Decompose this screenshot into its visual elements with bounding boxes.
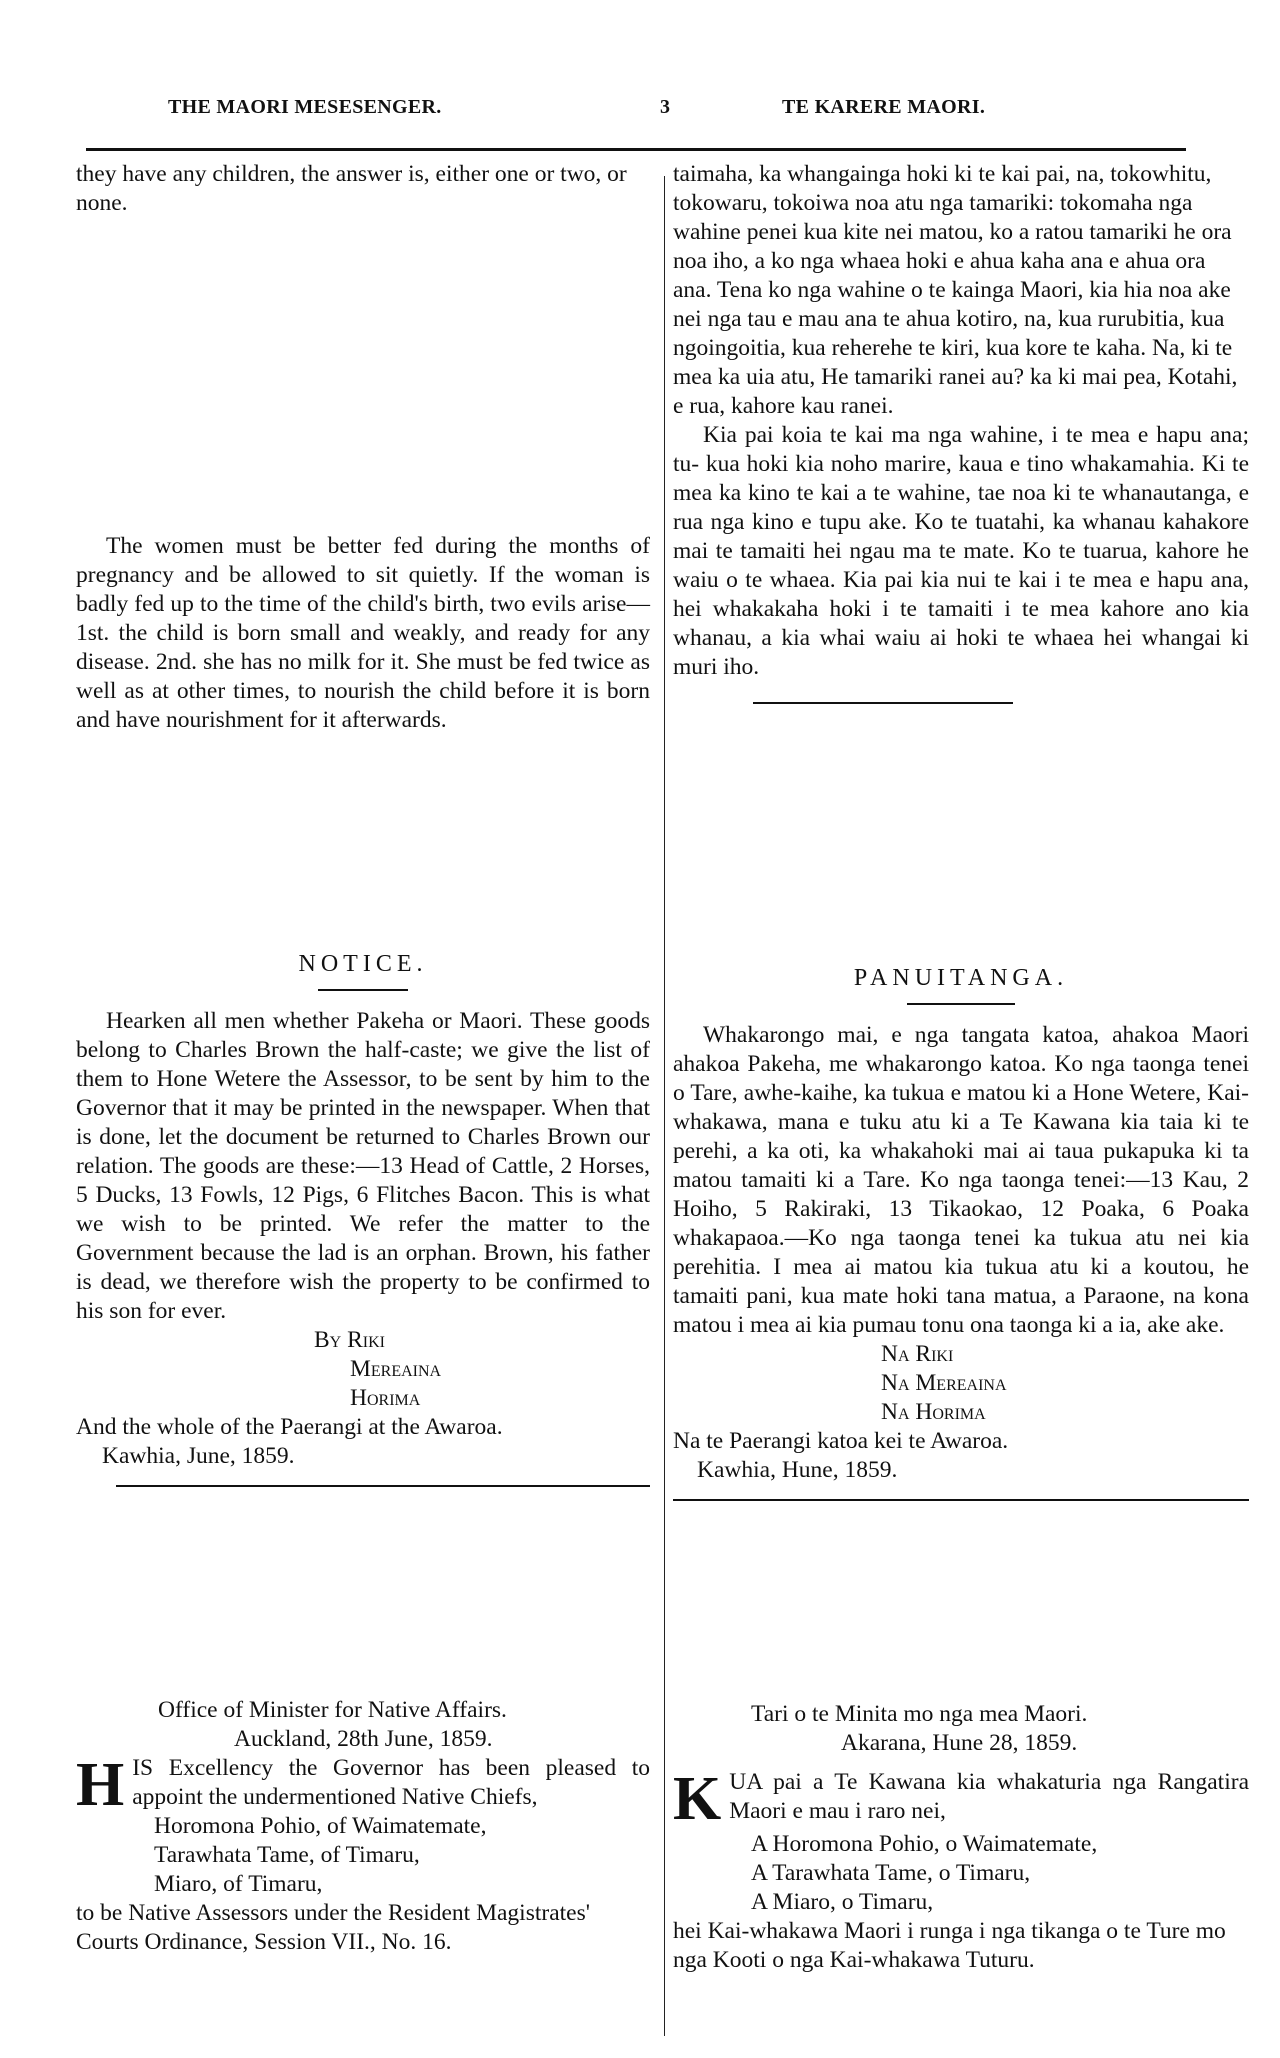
section-rule (753, 702, 1013, 704)
english-notice-section: NOTICE. Hearken all men whether Pakeha o… (76, 950, 650, 1487)
gazette-appointees: Horomona Pohio, of Waimatemate, Tarawhat… (76, 1812, 650, 1899)
page-header: THE MAORI MESESENGER. 3 TE KARERE MAORI. (0, 96, 1280, 136)
signatory: By Riki (314, 1326, 650, 1355)
english-nutrition-paragraph: The women must be better fed during the … (76, 532, 650, 735)
signatory: Mereaina (314, 1355, 650, 1384)
appointee: A Miaro, o Timaru, (751, 1888, 1249, 1917)
notice-closing: And the whole of the Paerangi at the Awa… (76, 1413, 650, 1442)
notice-body: Hearken all men whether Pakeha or Maori.… (76, 1007, 650, 1326)
gazette-appointees: A Horomona Pohio, o Waimatemate, A Taraw… (673, 1826, 1249, 1917)
english-column: they have any children, the answer is, e… (76, 160, 650, 218)
panuitanga-place-date: Kawhia, Hune, 1859. (673, 1456, 1249, 1485)
gazette-opening: KUA pai a Te Kawana kia whakaturia nga R… (673, 1768, 1249, 1826)
maori-column: taimaha, ka whangainga hoki ki te kai pa… (673, 160, 1249, 704)
appointee: A Tarawhata Tame, o Timaru, (751, 1859, 1249, 1888)
maori-nutrition-paragraph: Kia pai koia te kai ma nga wahine, i te … (673, 421, 1249, 682)
panuitanga-closing: Na te Paerangi katoa kei te Awaroa. (673, 1427, 1249, 1456)
gazette-place-date: Auckland, 28th June, 1859. (76, 1725, 650, 1754)
appointee: A Horomona Pohio, o Waimatemate, (751, 1830, 1249, 1859)
english-masthead: THE MAORI MESESENGER. (168, 96, 442, 119)
panuitanga-body: Whakarongo mai, e nga tangata katoa, aha… (673, 1021, 1249, 1340)
signatory: Na Mereaina (881, 1369, 1249, 1398)
maori-intro-paragraph: taimaha, ka whangainga hoki ki te kai pa… (673, 160, 1249, 421)
dropcap: H (76, 1758, 124, 1812)
notice-place-date: Kawhia, June, 1859. (76, 1442, 650, 1471)
english-intro-paragraph: they have any children, the answer is, e… (76, 160, 650, 218)
gazette-office: Tari o te Minita mo nga mea Maori. (673, 1700, 1249, 1729)
maori-masthead: TE KARERE MAORI. (782, 96, 985, 119)
panuitanga-signatories: Na Riki Na Mereaina Na Horima (673, 1340, 1249, 1427)
notice-signatories: By Riki Mereaina Horima (76, 1326, 650, 1413)
page-number: 3 (660, 96, 670, 119)
appointee: Tarawhata Tame, of Timaru, (154, 1841, 650, 1870)
signatory: Horima (314, 1384, 650, 1413)
signatory: Na Horima (881, 1398, 1249, 1427)
maori-gazette-section: Tari o te Minita mo nga mea Maori. Akara… (673, 1700, 1249, 1975)
notice-heading: NOTICE. (76, 950, 650, 979)
section-rule (673, 1499, 1249, 1501)
gazette-place-date: Akarana, Hune 28, 1859. (673, 1729, 1249, 1758)
notice-heading-rule (318, 989, 408, 991)
column-divider (664, 176, 665, 2036)
appointee: Horomona Pohio, of Waimatemate, (154, 1812, 650, 1841)
gazette-opening: HIS Excellency the Governor has been ple… (76, 1754, 650, 1812)
gazette-closing: to be Native Assessors under the Residen… (76, 1899, 650, 1957)
dropcap: K (673, 1772, 721, 1826)
gazette-office: Office of Minister for Native Affairs. (76, 1696, 650, 1725)
appointee: Miaro, of Timaru, (154, 1870, 650, 1899)
gazette-closing: hei Kai-whakawa Maori i runga i nga tika… (673, 1917, 1249, 1975)
english-gazette-section: Office of Minister for Native Affairs. A… (76, 1696, 650, 1957)
section-rule (116, 1485, 650, 1487)
signatory: Na Riki (881, 1340, 1249, 1369)
panuitanga-heading: PANUITANGA. (673, 964, 1249, 993)
header-rule (86, 148, 1186, 151)
english-nutrition-section: The women must be better fed during the … (76, 532, 650, 735)
panuitanga-heading-rule (907, 1003, 1015, 1005)
maori-notice-section: PANUITANGA. Whakarongo mai, e nga tangat… (673, 964, 1249, 1501)
